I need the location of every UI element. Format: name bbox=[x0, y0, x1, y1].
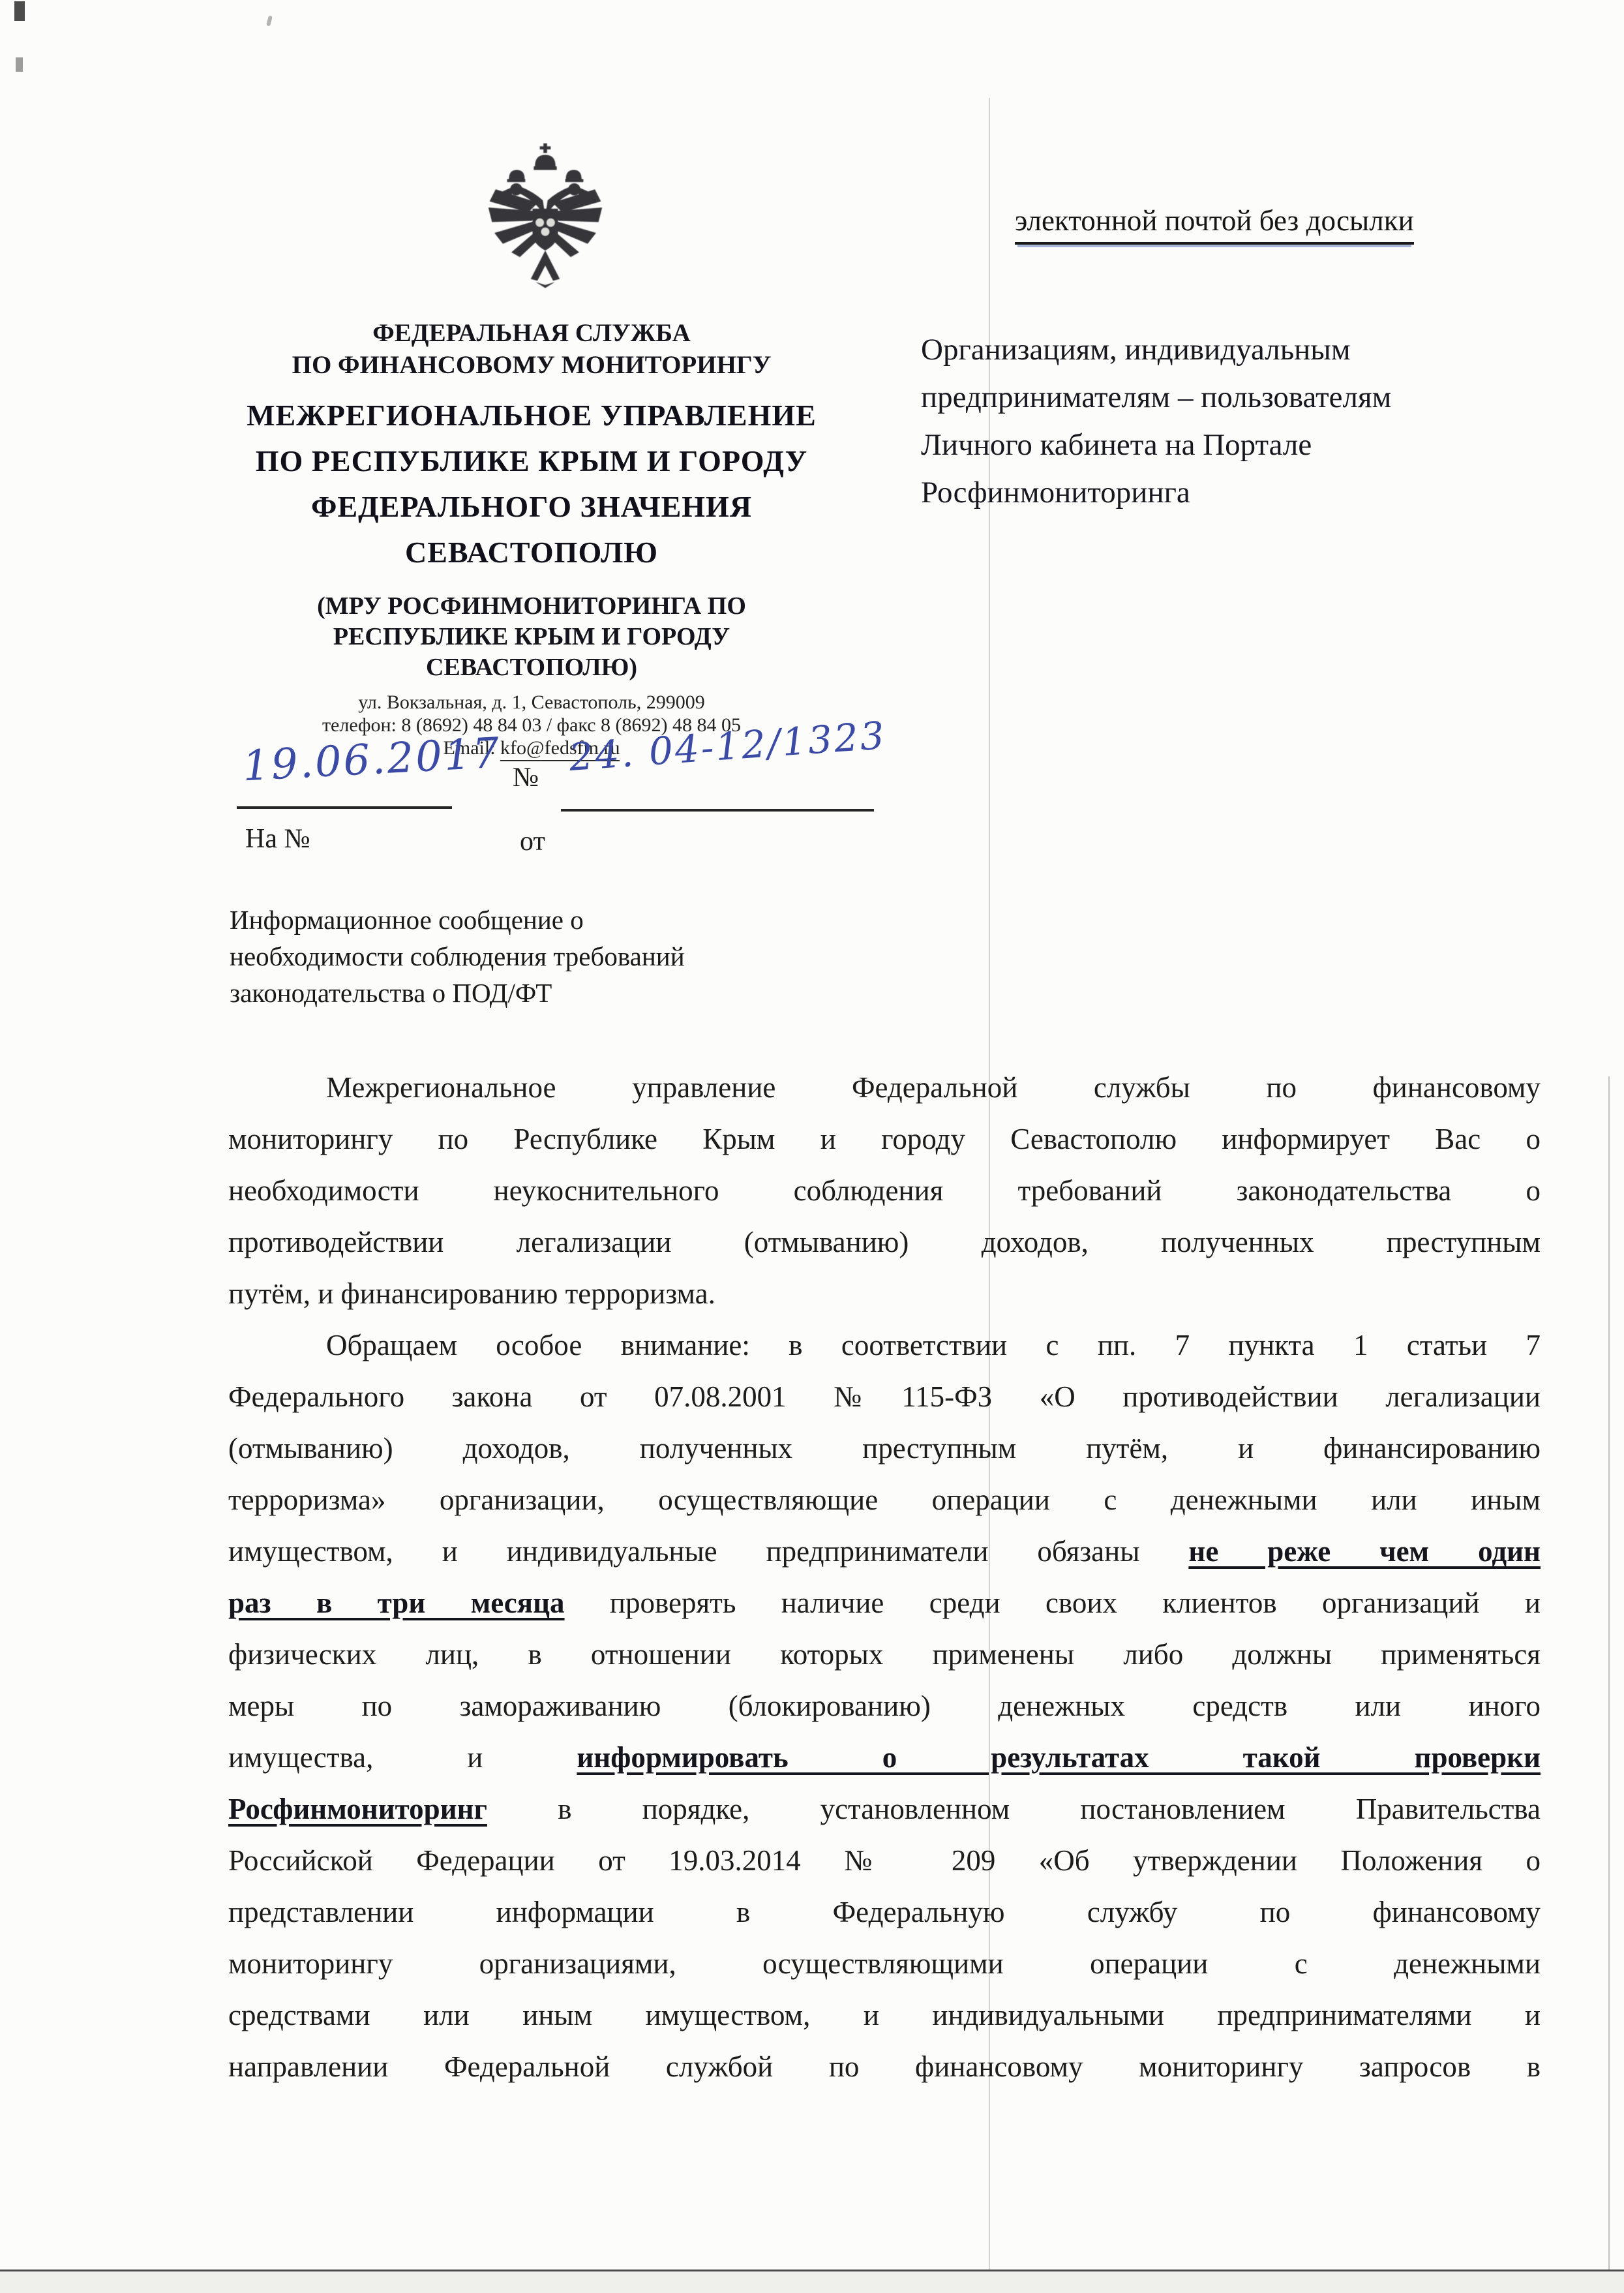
body-text: в порядке, установленном постановлением … bbox=[487, 1793, 1541, 1825]
scan-bottom-band bbox=[0, 2271, 1624, 2293]
scan-speck bbox=[266, 15, 273, 26]
body-line: (отмыванию) доходов, полученных преступн… bbox=[228, 1423, 1541, 1474]
sender-division-line4: СЕВАСТОПОЛЮ bbox=[222, 530, 841, 575]
sender-division-line3: ФЕДЕРАЛЬНОГО ЗНАЧЕНИЯ bbox=[222, 484, 841, 530]
body-text: имущества, и bbox=[228, 1741, 577, 1774]
addressee-line: Росфинмониторинга bbox=[921, 469, 1547, 517]
scan-edge-line bbox=[1608, 1076, 1610, 2277]
addressee-line: Личного кабинета на Портале bbox=[921, 421, 1547, 469]
sender-postal-address: ул. Вокзальная, д. 1, Севастополь, 29900… bbox=[222, 691, 841, 714]
sender-division-line1: МЕЖРЕГИОНАЛЬНОЕ УПРАВЛЕНИЕ bbox=[222, 393, 841, 438]
body-text-emphasis: не реже чем один bbox=[1188, 1535, 1541, 1568]
subject-line: законодательства о ПОД/ФТ bbox=[230, 975, 869, 1011]
subject-block: Информационное сообщение о необходимости… bbox=[230, 902, 869, 1011]
body-text-emphasis: информировать о результатах такой провер… bbox=[577, 1741, 1541, 1774]
addressee-line: предпринимателям – пользователям bbox=[921, 374, 1547, 421]
number-sign-label: № bbox=[513, 762, 539, 793]
body-line: путём, и финансированию терроризма. bbox=[228, 1268, 1541, 1320]
date-form-line bbox=[237, 806, 452, 809]
body-line: имущества, и информировать о результатах… bbox=[228, 1732, 1541, 1784]
body-text-emphasis: Росфинмониторинг bbox=[228, 1793, 487, 1825]
body-line: противодействии легализации (отмыванию) … bbox=[228, 1217, 1541, 1268]
sender-service-line2: ПО ФИНАНСОВОМУ МОНИТОРИНГУ bbox=[222, 349, 841, 381]
subject-line: Информационное сообщение о bbox=[230, 902, 869, 938]
reply-from-label: от bbox=[520, 826, 545, 857]
body-line: Российской Федерации от 19.03.2014 № 209… bbox=[228, 1835, 1541, 1887]
sender-block: ФЕДЕРАЛЬНАЯ СЛУЖБА ПО ФИНАНСОВОМУ МОНИТО… bbox=[222, 317, 841, 759]
body-line: мониторингу по Республике Крым и городу … bbox=[228, 1114, 1541, 1165]
body-line: имуществом, и индивидуальные предпринима… bbox=[228, 1526, 1541, 1577]
scan-speck bbox=[14, 1, 25, 21]
scan-speck bbox=[16, 57, 23, 72]
body-line: направлении Федеральной службой по финан… bbox=[228, 2041, 1541, 2093]
number-form-line bbox=[561, 809, 874, 812]
subject-line: необходимости соблюдения требований bbox=[230, 938, 869, 975]
state-emblem-eagle-icon bbox=[483, 141, 607, 292]
delivery-method-text: электонной почтой без досылки bbox=[1015, 204, 1414, 245]
body-line: представлении информации в Федеральную с… bbox=[228, 1887, 1541, 1938]
body-text: имуществом, и индивидуальные предпринима… bbox=[228, 1535, 1188, 1568]
body-line: меры по замораживанию (блокированию) ден… bbox=[228, 1680, 1541, 1732]
delivery-method-note: электонной почтой без досылки bbox=[1015, 204, 1414, 237]
sender-abbrev-line1: (МРУ РОСФИНМОНИТОРИНГА ПО bbox=[222, 591, 841, 622]
letter-body: Межрегиональное управление Федеральной с… bbox=[228, 1062, 1541, 2093]
addressee-block: Организациям, индивидуальным предпринима… bbox=[921, 326, 1547, 517]
sender-division-line2: ПО РЕСПУБЛИКЕ КРЫМ И ГОРОДУ bbox=[222, 438, 841, 484]
body-line: Обращаем особое внимание: в соответствии… bbox=[228, 1320, 1541, 1371]
body-line: Росфинмониторинг в порядке, установленно… bbox=[228, 1784, 1541, 1835]
sender-service-line1: ФЕДЕРАЛЬНАЯ СЛУЖБА bbox=[222, 317, 841, 349]
body-line: раз в три месяца проверять наличие среди… bbox=[228, 1577, 1541, 1629]
body-line: терроризма» организации, осуществляющие … bbox=[228, 1474, 1541, 1526]
reply-to-label: На № bbox=[245, 823, 310, 855]
body-line: физических лиц, в отношении которых прим… bbox=[228, 1629, 1541, 1680]
scanned-letter-page: электонной почтой без досылки ФЕДЕРАЛЬНА… bbox=[0, 0, 1624, 2293]
addressee-line: Организациям, индивидуальным bbox=[921, 326, 1547, 374]
body-text: проверять наличие среди своих клиентов о… bbox=[565, 1587, 1541, 1619]
sender-abbrev-line2: РЕСПУБЛИКЕ КРЫМ И ГОРОДУ bbox=[222, 622, 841, 652]
sender-abbrev-line3: СЕВАСТОПОЛЮ) bbox=[222, 652, 841, 683]
body-text-emphasis: раз в три месяца bbox=[228, 1587, 565, 1619]
body-line: средствами или иным имуществом, и индиви… bbox=[228, 1990, 1541, 2041]
body-line: Федерального закона от 07.08.2001 №115-Ф… bbox=[228, 1371, 1541, 1423]
body-line: Межрегиональное управление Федеральной с… bbox=[228, 1062, 1541, 1114]
body-line: мониторингу организациями, осуществляющи… bbox=[228, 1938, 1541, 1990]
body-line: необходимости неукоснительного соблюдени… bbox=[228, 1165, 1541, 1217]
